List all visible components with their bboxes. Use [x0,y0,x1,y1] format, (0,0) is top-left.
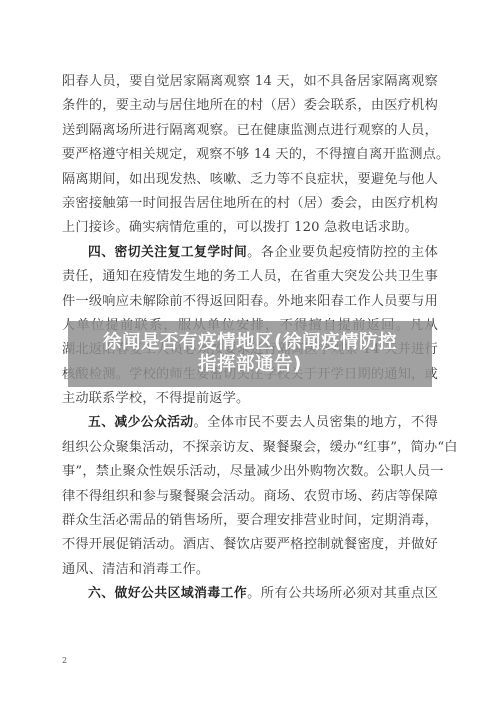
text-line: 上门接诊。确实病情危重的，可以拨打 120 急救电话求助。 [62,216,438,240]
section-heading-6: 六、做好公共区域消毒工作 [88,586,247,601]
section-heading-5: 五、减少公众活动 [88,415,194,430]
text-line: 群众生活必需品的销售场所，要合理安排营业时间，定期消毒， [62,509,438,533]
text-line: 律不得组织和参与聚餐聚会活动。商场、农贸市场、药店等保障 [62,485,438,509]
text-line: 隔离期间，如出现发热、咳嗽、乏力等不良症状，要避免与他人 [62,168,438,192]
section-heading-line: 四、密切关注复工复学时间。各企业要负起疫情防控的主体 [62,241,438,265]
overlay-title-line-2: 指挥部通告) [198,354,302,376]
text-line: 通风、清洁和消毒工作。 [62,558,438,582]
title-overlay-banner: 徐闻是否有疫情地区(徐闻疫情防控 指挥部通告) [68,321,432,387]
text-line: 阳春人员，要自觉居家隔离观察 14 天，如不具备居家隔离观察 [62,70,438,94]
section-heading-line: 五、减少公众活动。全体市民不要去人员密集的地方，不得 [62,411,438,435]
text-line: 责任，通知在疫情发生地的务工人员，在省重大突发公共卫生事 [62,265,438,289]
text-line: 送到隔离场所进行隔离观察。已在健康监测点进行观察的人员， [62,119,438,143]
text-line: 要严格遵守相关规定，观察不够 14 天的，不得擅自离开监测点。 [62,143,438,167]
text-line: 亲密接触第一时间报告居住地所在的村（居）委会，由医疗机构 [62,192,438,216]
overlay-title-line-1: 徐闻是否有疫情地区(徐闻疫情防控 [103,332,397,354]
page-number: 2 [62,656,67,665]
text-line: 不得开展促销活动。酒店、餐饮店要严格控制就餐密度，并做好 [62,533,438,557]
section-text: 。所有公共场所必须对其重点区 [247,586,438,601]
section-heading-line: 六、做好公共区域消毒工作。所有公共场所必须对其重点区 [62,582,438,606]
section-text: 。全体市民不要去人员密集的地方，不得 [194,415,438,430]
document-page: 阳春人员，要自觉居家隔离观察 14 天，如不具备居家隔离观察 条件的，要主动与居… [0,0,500,707]
section-heading-4: 四、密切关注复工复学时间 [88,245,247,260]
text-line: 事”，禁止聚众性娱乐活动，尽量减少出外购物次数。公职人员一 [62,460,438,484]
text-line: 主动联系学校，不得提前返学。 [62,387,438,411]
text-line: 件一级响应未解除前不得返回阳春。外地来阳春工作人员要与用 [62,290,438,314]
section-text: 。各企业要负起疫情防控的主体 [247,245,438,260]
text-line: 组织公众聚集活动，不探亲访友、聚餐聚会，缓办“红事”，简办“白 [62,436,438,460]
text-line: 条件的，要主动与居住地所在的村（居）委会联系，由医疗机构 [62,94,438,118]
